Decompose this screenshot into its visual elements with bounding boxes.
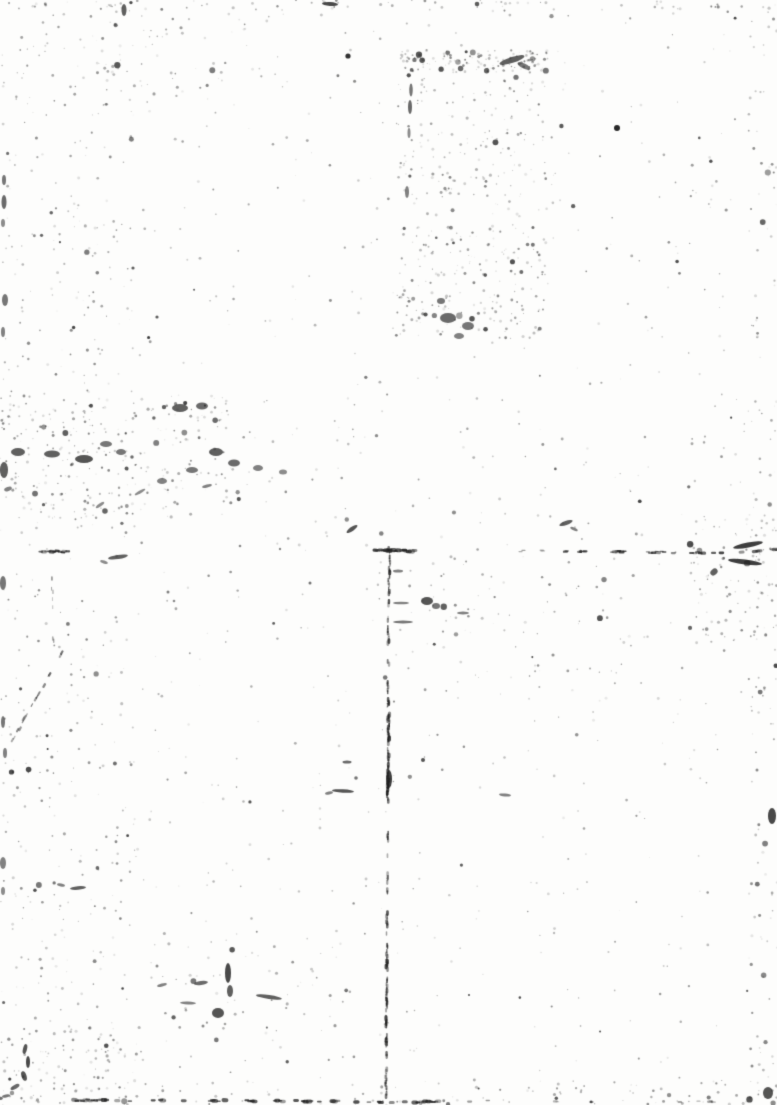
scan-artifact-layer (0, 0, 777, 1105)
scanned-page (0, 0, 777, 1105)
